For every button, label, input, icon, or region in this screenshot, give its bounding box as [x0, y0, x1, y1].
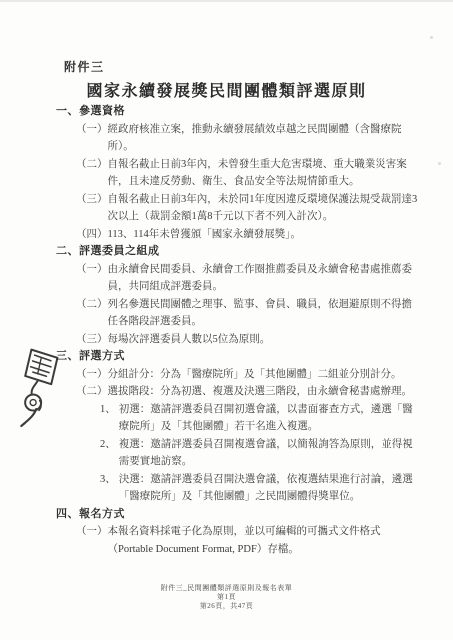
item-label: （二）: [76, 156, 108, 191]
item-text: 由永續會民間委員、永續會工作圈推薦委員及永續會秘書處推薦委員，共同組成評選委員。: [108, 261, 423, 296]
list-item: （三） 自報名截止日前3年內，未於同1年度因違反環境保護法規受裁罰達3次以上（裁…: [56, 191, 422, 226]
list-item: （一） 經政府核准立案，推動永續發展績效卓越之民間團體（含醫療院所）。: [56, 121, 422, 156]
subitem-text: 複選：邀請評選委員召開複選會議，以簡報詢答為原則，並得視需要實地訪察。: [119, 436, 422, 471]
subitem-text: 決選：邀請評選委員召開決選會議，依複選結果進行討論，遴選「醫療院所」及「其他團體…: [119, 471, 422, 506]
subitem-label: 2、: [100, 436, 119, 471]
item-label: （四）: [76, 226, 108, 244]
item-label: （一）: [76, 366, 108, 384]
item-text: 113、114年未曾獲頒「國家永續發展獎」。: [108, 226, 423, 244]
item-label: （二）: [76, 383, 108, 401]
section-heading: 四、報名方式: [56, 506, 422, 524]
item-text: 經政府核准立案，推動永續發展績效卓越之民間團體（含醫療院所）。: [108, 121, 423, 156]
list-item: （三） 每場次評選委員人數以5位為原則。: [56, 331, 422, 349]
item-text: 自報名截止日前3年內，未於同1年度因違反環境保護法規受裁罰達3次以上（裁罰金額1…: [108, 191, 423, 226]
list-item: （一） 本報名資料採電子化為原則，並以可編輯的可攜式文件格式（Portable …: [56, 523, 422, 558]
document-page: 附件三 國家永續發展獎民間團體類評選原則 一、參選資格 （一） 經政府核准立案，…: [0, 0, 453, 640]
list-item: （二） 選拔階段：分為初選、複選及決選三階段，由永續會秘書處辦理。: [56, 383, 422, 401]
numbered-subitem: 1、 初選：邀請評選委員召開初選會議，以書面審查方式，遴選「醫療院所」及「其他團…: [56, 401, 422, 436]
subitem-text: 初選：邀請評選委員召開初選會議，以書面審查方式，遴選「醫療院所」及「其他團體」若…: [119, 401, 422, 436]
subitem-label: 3、: [100, 471, 119, 506]
section-heading: 三、評選方式: [56, 348, 422, 366]
footer-doc-title: 附件三_民間團體類評選原則及報名表單: [0, 584, 453, 593]
list-item: （一） 由永續會民間委員、永續會工作圈推薦委員及永續會秘書處推薦委員，共同組成評…: [56, 261, 422, 296]
document-body: 一、參選資格 （一） 經政府核准立案，推動永續發展績效卓越之民間團體（含醫療院所…: [56, 103, 422, 558]
attachment-label: 附件三: [64, 58, 105, 75]
item-label: （二）: [76, 296, 108, 331]
scan-speck: [438, 162, 441, 165]
item-text: 選拔階段：分為初選、複選及決選三階段，由永續會秘書處辦理。: [108, 383, 423, 401]
item-label: （一）: [76, 261, 108, 296]
item-label: （一）: [76, 121, 108, 156]
section-registration: 四、報名方式 （一） 本報名資料採電子化為原則，並以可編輯的可攜式文件格式（Po…: [56, 506, 422, 559]
subitem-label: 1、: [100, 401, 119, 436]
item-text: 自報名截止日前3年內，未曾發生重大危害環境、重大職業災害案件，且未違反勞動、衛生…: [108, 156, 423, 191]
page-footer: 附件三_民間團體類評選原則及報名表單 第1頁 第26頁，共47頁: [0, 584, 453, 611]
list-item: （二） 自報名截止日前3年內，未曾發生重大危害環境、重大職業災害案件，且未違反勞…: [56, 156, 422, 191]
list-item: （四） 113、114年未曾獲頒「國家永續發展獎」。: [56, 226, 422, 244]
item-text: 列名參選民間團體之理事、監事、會員、職員，依迴避原則不得擔任各階段評選委員。: [108, 296, 423, 331]
item-label: （三）: [76, 191, 108, 226]
scan-speck: [430, 36, 433, 39]
section-selection-method: 三、評選方式 （一） 分組計分：分為「醫療院所」及「其他團體」二組並分別計分。 …: [56, 348, 422, 506]
footer-page-range: 第26頁，共47頁: [0, 602, 453, 611]
item-text: 每場次評選委員人數以5位為原則。: [108, 331, 423, 349]
section-heading: 二、評選委員之組成: [56, 243, 422, 261]
list-item: （一） 分組計分：分為「醫療院所」及「其他團體」二組並分別計分。: [56, 366, 422, 384]
item-label: （三）: [76, 331, 108, 349]
numbered-subitem: 2、 複選：邀請評選委員召開複選會議，以簡報詢答為原則，並得視需要實地訪察。: [56, 436, 422, 471]
item-label: （一）: [76, 523, 108, 558]
document-title: 國家永續發展獎民間團體類評選原則: [0, 78, 453, 101]
item-text: 分組計分：分為「醫療院所」及「其他團體」二組並分別計分。: [108, 366, 423, 384]
section-committee: 二、評選委員之組成 （一） 由永續會民間委員、永續會工作圈推薦委員及永續會秘書處…: [56, 243, 422, 348]
section-heading: 一、參選資格: [56, 103, 422, 121]
numbered-subitem: 3、 決選：邀請評選委員召開決選會議，依複選結果進行討論，遴選「醫療院所」及「其…: [56, 471, 422, 506]
section-eligibility: 一、參選資格 （一） 經政府核准立案，推動永續發展績效卓越之民間團體（含醫療院所…: [56, 103, 422, 243]
list-item: （二） 列名參選民間團體之理事、監事、會員、職員，依迴避原則不得擔任各階段評選委…: [56, 296, 422, 331]
footer-page-number: 第1頁: [0, 593, 453, 602]
item-text: 本報名資料採電子化為原則，並以可編輯的可攜式文件格式（Portable Docu…: [108, 523, 423, 558]
scan-edge-artifact: [0, 0, 453, 2]
